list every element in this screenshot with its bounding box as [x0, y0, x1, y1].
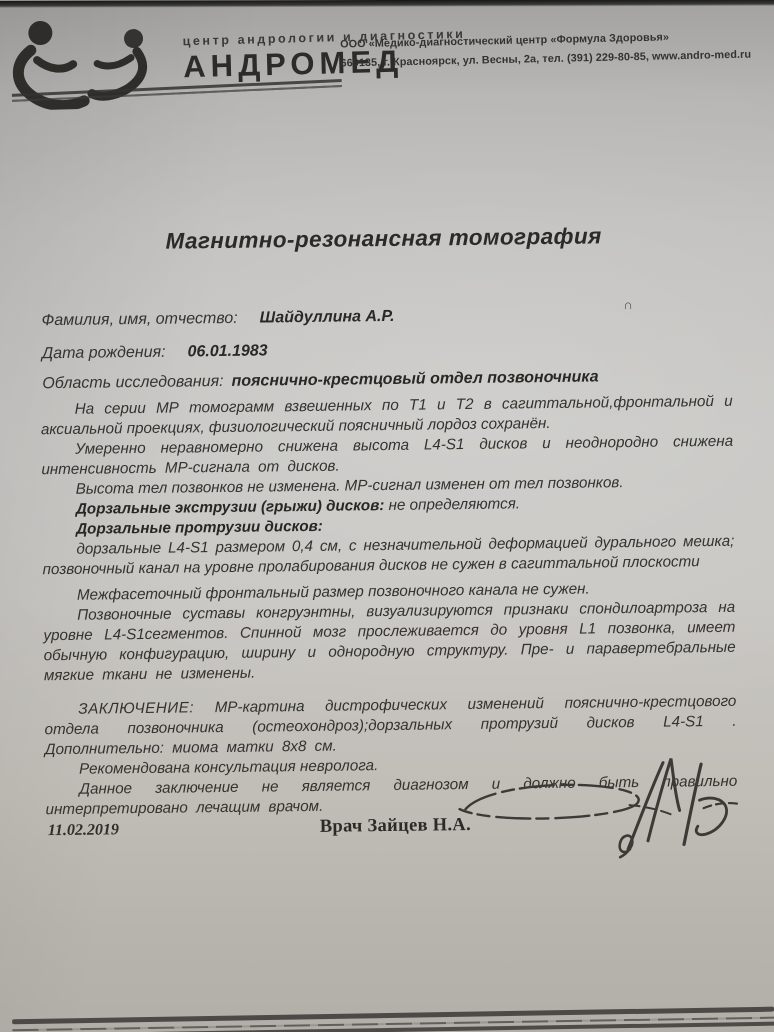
extrusions-value: не определяются.	[384, 495, 520, 514]
patient-name-row: Фамилия, имя, отчество:Шайдуллина А.Р.	[41, 304, 741, 331]
finding-paragraph: дорзальные L4-S1 размером 0,4 см, с незн…	[42, 532, 734, 580]
conclusion-label: ЗАКЛЮЧЕНИЕ:	[78, 699, 194, 717]
study-area-value: пояснично-крестцовый отдел позвоночника	[231, 368, 598, 389]
patient-dob-row: Дата рождения:06.01.1983	[42, 337, 742, 364]
extrusions-heading: Дорзальные экструзии (грыжи) дисков:	[76, 497, 385, 518]
document-photo: центр андрологии и диагностики АНДРОМЕД …	[0, 0, 774, 1032]
footer-rule	[12, 1007, 774, 1032]
patient-dob-value: 06.01.1983	[187, 342, 267, 360]
report-date: 11.02.2019	[48, 821, 119, 840]
patient-dob-label: Дата рождения:	[42, 344, 166, 363]
company-info: ООО «Медико-диагностический центр «Форму…	[340, 26, 761, 73]
patient-name-label: Фамилия, имя, отчество:	[41, 310, 237, 329]
ink-artifact: ∩	[623, 297, 633, 312]
finding-paragraph: Позвоночные суставы конгруэнтны, визуали…	[43, 598, 736, 686]
letterhead-left: центр андрологии и диагностики АНДРОМЕД	[4, 6, 334, 15]
report-sheet: центр андрологии и диагностики АНДРОМЕД …	[0, 0, 774, 1032]
document-title: Магнитно-резонансная томография	[0, 221, 771, 256]
doctor-name: Врач Зайцев Н.А.	[320, 815, 471, 838]
study-area-row: Область исследования:пояснично-крестцовы…	[42, 367, 742, 394]
signature-icon	[451, 744, 753, 878]
study-area-label: Область исследования:	[42, 373, 223, 392]
patient-name-value: Шайдуллина А.Р.	[260, 308, 395, 327]
